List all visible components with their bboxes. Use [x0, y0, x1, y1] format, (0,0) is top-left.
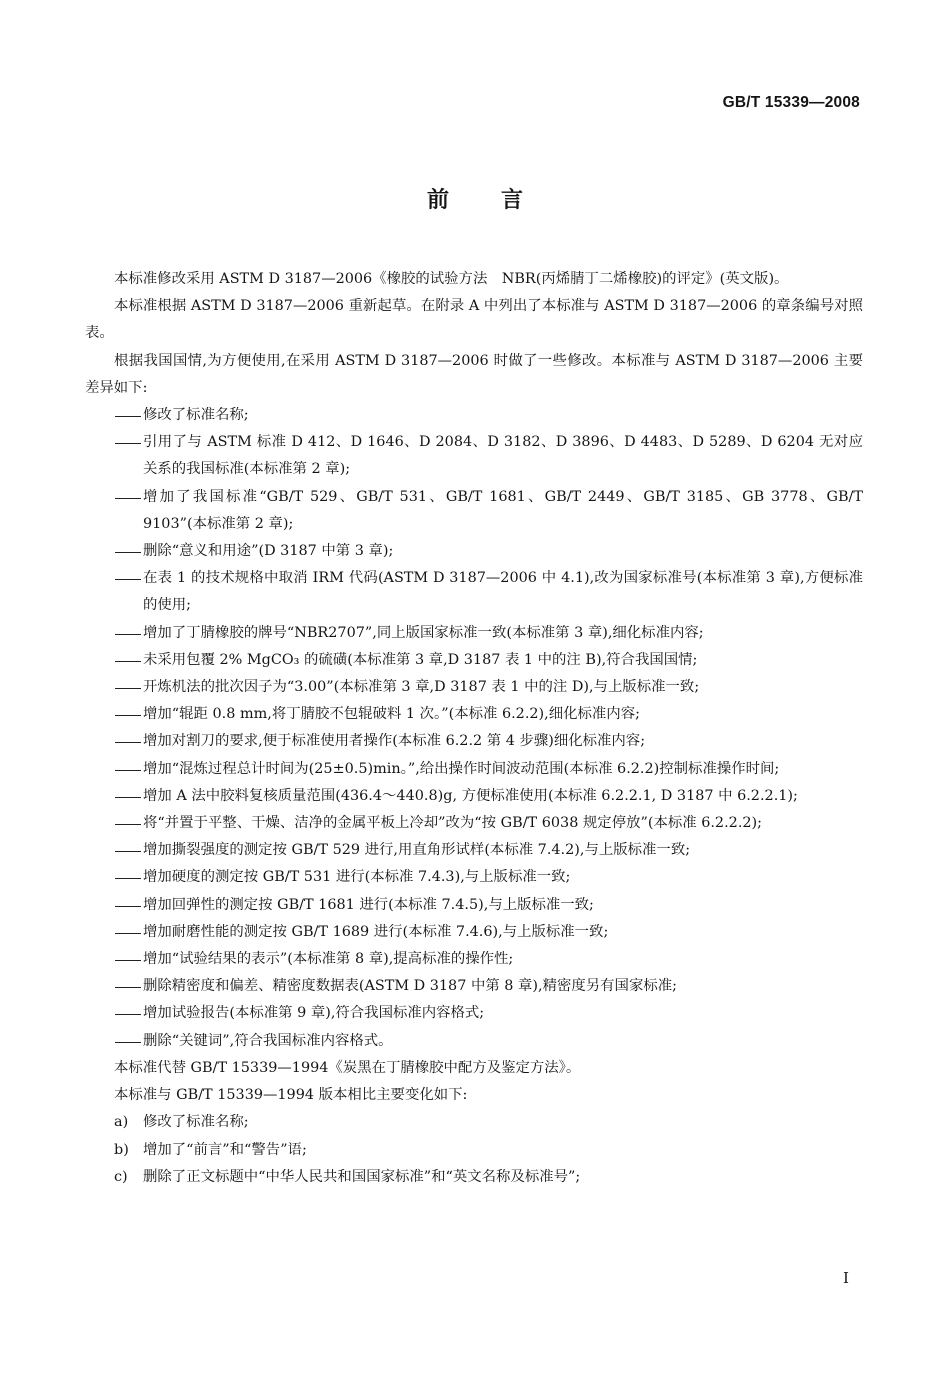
list-item: 删除精密度和偏差、精密度数据表(ASTM D 3187 中第 8 章),精密度另…	[85, 973, 863, 1000]
list-item: 将“并置于平整、干燥、洁净的金属平板上冷却”改为“按 GB/T 6038 规定停…	[85, 810, 863, 837]
list-item: 修改了标准名称;	[85, 402, 863, 429]
paragraph-redraft: 本标准根据 ASTM D 3187—2006 重新起草。在附录 A 中列出了本标…	[85, 293, 863, 347]
list-item: 未采用包覆 2% MgCO₃ 的硫磺(本标准第 3 章,D 3187 表 1 中…	[85, 647, 863, 674]
list-item: 增加撕裂强度的测定按 GB/T 529 进行,用直角形试样(本标准 7.4.2)…	[85, 837, 863, 864]
page-title: 前言	[0, 183, 950, 214]
list-item: 增加 A 法中胶料复核质量范围(436.4～440.8)g, 方便标准使用(本标…	[85, 783, 863, 810]
paragraph-changes-intro: 本标准与 GB/T 15339—1994 版本相比主要变化如下:	[85, 1082, 863, 1109]
list-item: 引用了与 ASTM 标准 D 412、D 1646、D 2084、D 3182、…	[85, 429, 863, 483]
list-item: 开炼机法的批次因子为“3.00”(本标准第 3 章,D 3187 表 1 中的注…	[85, 674, 863, 701]
list-item: 删除“意义和用途”(D 3187 中第 3 章);	[85, 538, 863, 565]
list-item: 增加了丁腈橡胶的牌号“NBR2707”,同上版国家标准一致(本标准第 3 章),…	[85, 620, 863, 647]
list-item: 增加硬度的测定按 GB/T 531 进行(本标准 7.4.3),与上版标准一致;	[85, 864, 863, 891]
item-label: a)	[114, 1109, 128, 1136]
paragraph-replaces: 本标准代替 GB/T 15339—1994《炭黑在丁腈橡胶中配方及鉴定方法》。	[85, 1055, 863, 1082]
page-number: I	[843, 1269, 849, 1287]
list-item: 在表 1 的技术规格中取消 IRM 代码(ASTM D 3187—2006 中 …	[85, 565, 863, 619]
list-item: 增加试验报告(本标准第 9 章),符合我国标准内容格式;	[85, 1000, 863, 1027]
list-item: 增加回弹性的测定按 GB/T 1681 进行(本标准 7.4.5),与上版标准一…	[85, 892, 863, 919]
item-label: c)	[114, 1164, 128, 1191]
list-item: 增加耐磨性能的测定按 GB/T 1689 进行(本标准 7.4.6),与上版标准…	[85, 919, 863, 946]
list-item: b)增加了“前言”和“警告”语;	[85, 1137, 863, 1164]
list-item: 增加“辊距 0.8 mm,将丁腈胶不包辊破料 1 次。”(本标准 6.2.2),…	[85, 701, 863, 728]
paragraph-differences-intro: 根据我国国情,为方便使用,在采用 ASTM D 3187—2006 时做了一些修…	[85, 348, 863, 402]
changes-list: a)修改了标准名称; b)增加了“前言”和“警告”语; c)删除了正文标题中“中…	[85, 1109, 863, 1191]
paragraph-adoption: 本标准修改采用 ASTM D 3187—2006《橡胶的试验方法 NBR(丙烯腈…	[85, 266, 863, 293]
standard-number: GB/T 15339—2008	[723, 94, 860, 112]
list-item: c)删除了正文标题中“中华人民共和国国家标准”和“英文名称及标准号”;	[85, 1164, 863, 1191]
list-item: 删除“关键词”,符合我国标准内容格式。	[85, 1028, 863, 1055]
list-item: 增加“混炼过程总计时间为(25±0.5)min。”,给出操作时间波动范围(本标准…	[85, 756, 863, 783]
differences-list: 修改了标准名称; 引用了与 ASTM 标准 D 412、D 1646、D 208…	[85, 402, 863, 1055]
list-item: 增加了我国标准“GB/T 529、GB/T 531、GB/T 1681、GB/T…	[85, 484, 863, 538]
document-body: 本标准修改采用 ASTM D 3187—2006《橡胶的试验方法 NBR(丙烯腈…	[85, 266, 863, 1191]
list-item: 增加对割刀的要求,便于标准使用者操作(本标准 6.2.2 第 4 步骤)细化标准…	[85, 728, 863, 755]
item-label: b)	[114, 1137, 129, 1164]
list-item: a)修改了标准名称;	[85, 1109, 863, 1136]
list-item: 增加“试验结果的表示”(本标准第 8 章),提高标准的操作性;	[85, 946, 863, 973]
